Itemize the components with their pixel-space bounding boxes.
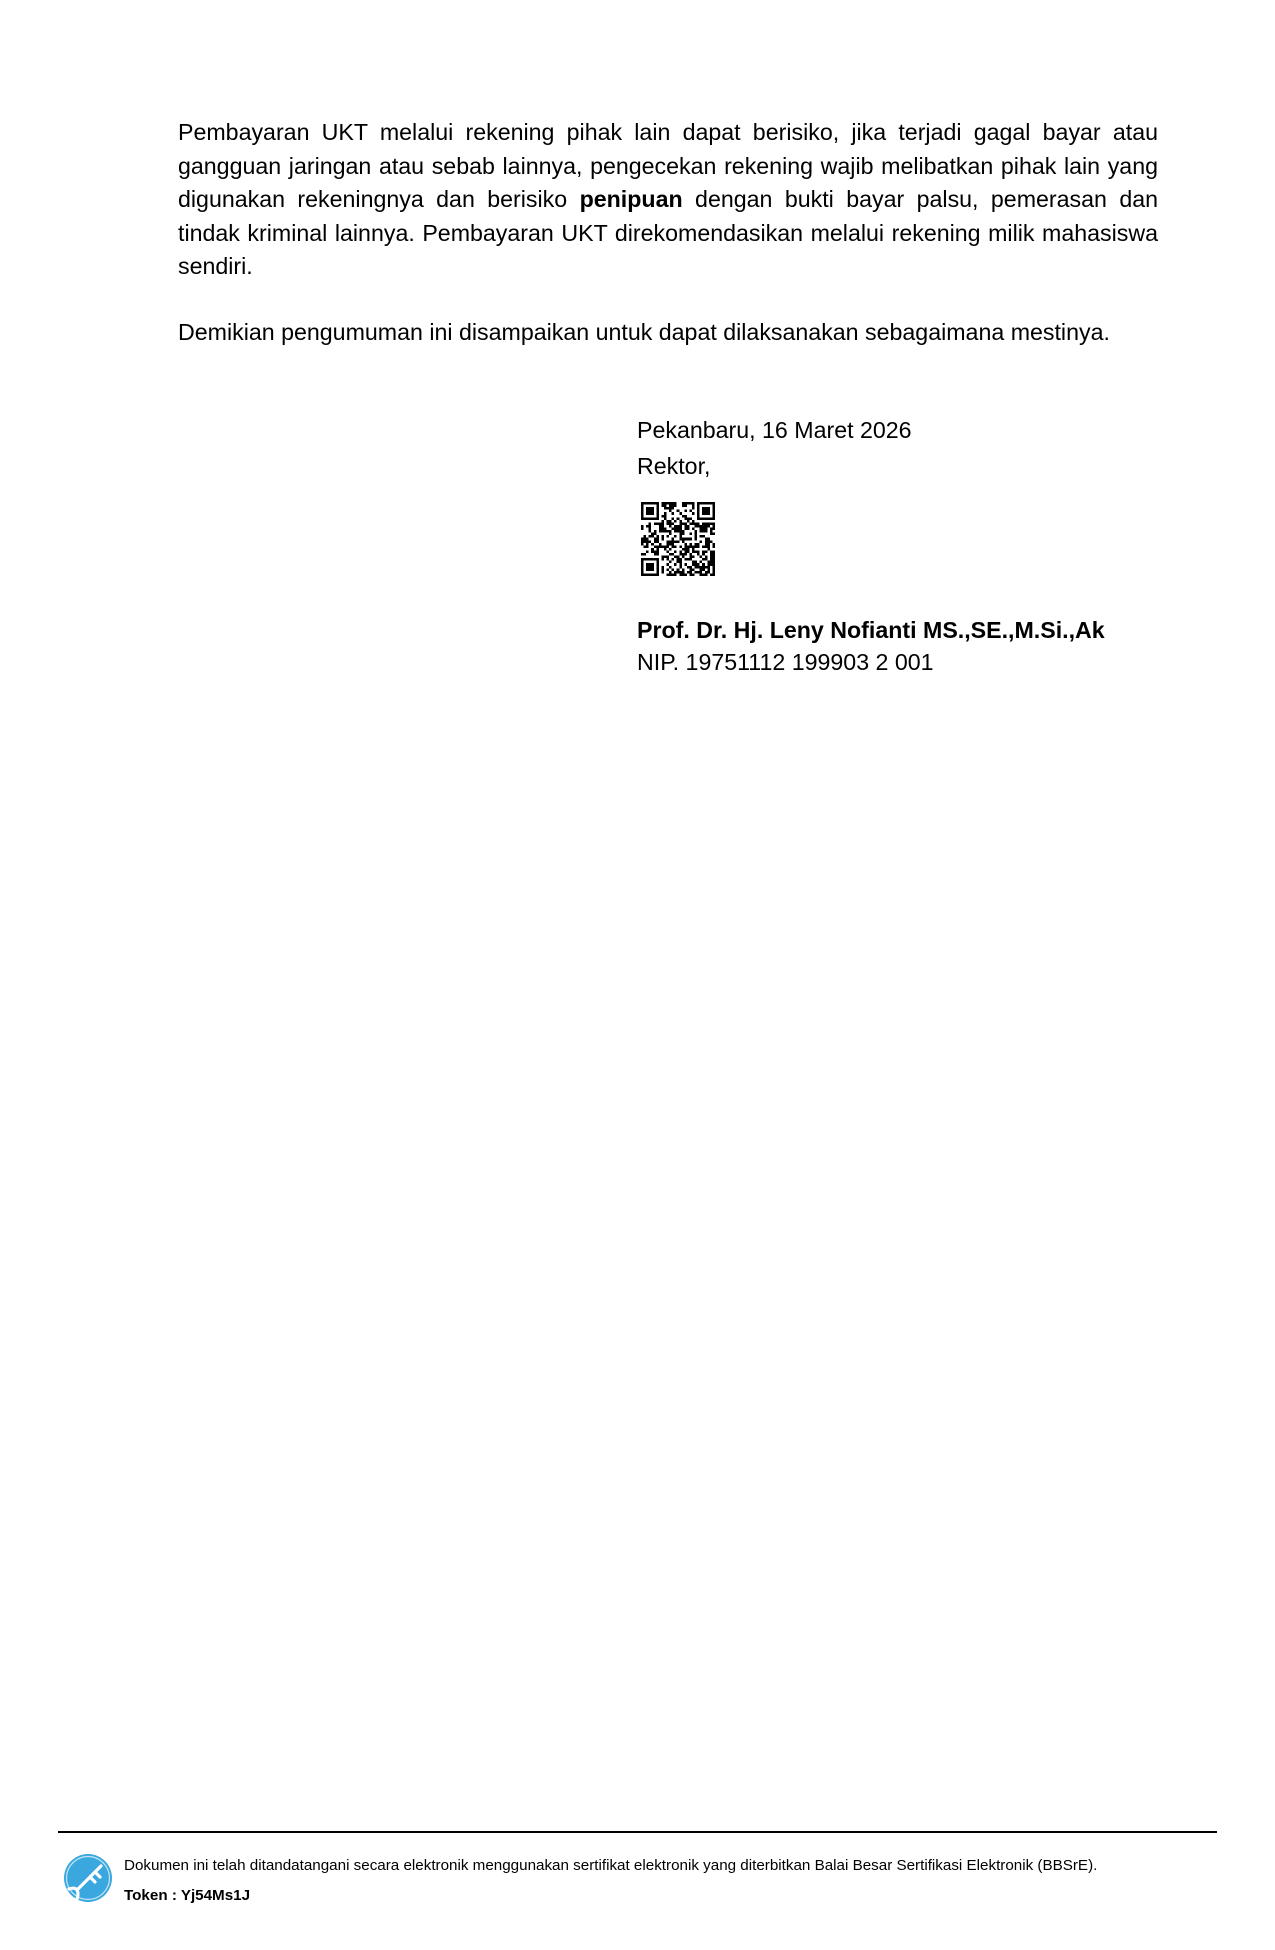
qr-code-icon [641, 502, 715, 576]
footer-divider [58, 1831, 1217, 1833]
verification-token: Token : Yj54Ms1J [124, 1886, 250, 1906]
bsre-key-logo-icon [63, 1853, 113, 1903]
place-date: Pekanbaru, 16 Maret 2026 [637, 412, 1197, 448]
document-page: Pembayaran UKT melalui rekening pihak la… [0, 0, 1275, 1950]
signer-name: Prof. Dr. Hj. Leny Nofianti MS.,SE.,M.Si… [637, 614, 1105, 646]
signer-nip: NIP. 19751112 199903 2 001 [637, 646, 934, 678]
paragraph-closing: Demikian pengumuman ini disampaikan untu… [178, 316, 1158, 350]
e-signature-statement: Dokumen ini telah ditandatangani secara … [124, 1856, 1097, 1876]
emphasis-text: penipuan [580, 186, 683, 212]
signature-block: Pekanbaru, 16 Maret 2026 Rektor, Prof. D… [637, 412, 1197, 484]
signer-position: Rektor, [637, 448, 1197, 484]
paragraph-payment-warning: Pembayaran UKT melalui rekening pihak la… [178, 116, 1158, 284]
